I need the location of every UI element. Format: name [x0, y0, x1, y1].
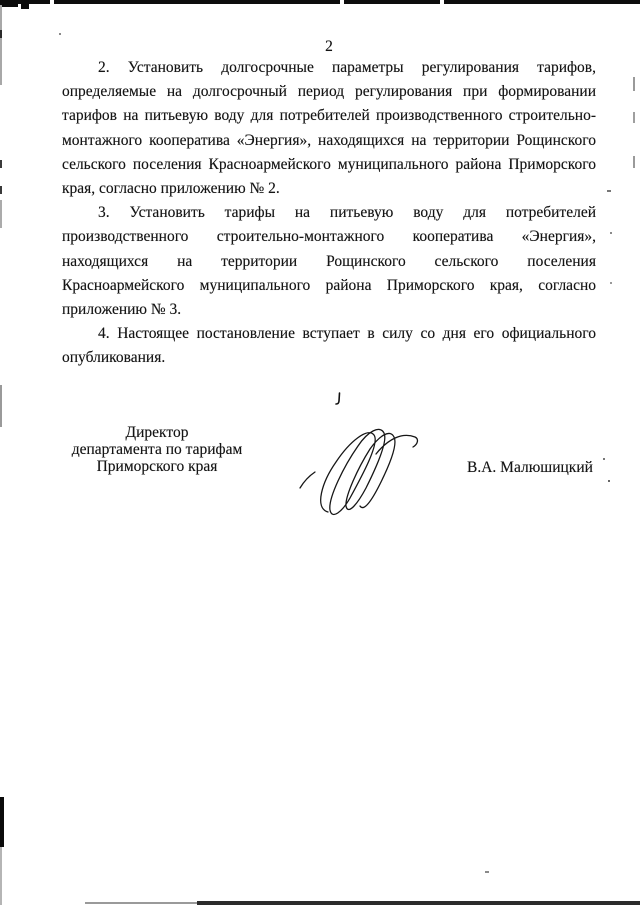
signatory-title: Директор департамента по тарифам Приморс…	[62, 424, 252, 475]
scan-speck	[59, 33, 61, 35]
document-line: приложению № 3.	[62, 298, 596, 322]
scan-artifact	[340, 0, 344, 4]
document-line: 4. Настоящее постановление вступает в си…	[62, 322, 596, 346]
scan-artifact	[50, 0, 54, 4]
scan-artifact-bottom-edge	[197, 901, 640, 905]
document-line: сельского поселения Красноармейского мун…	[62, 153, 596, 177]
document-line: края, согласно приложению № 2.	[62, 177, 596, 201]
document-line: 3. Установить тарифы на питьевую воду дл…	[62, 201, 596, 225]
document-line: определяемые на долгосрочный период регу…	[62, 80, 596, 104]
scan-artifact	[0, 30, 2, 38]
scan-artifact-right-edge	[633, 112, 635, 123]
scan-artifact	[0, 186, 2, 194]
ink-mark	[334, 392, 342, 405]
document-body: 2. Установить долгосрочные параметры рег…	[62, 56, 596, 371]
scan-artifact-left-edge	[0, 797, 4, 847]
scan-speck	[607, 190, 611, 192]
document-page: 2 2. Установить долгосрочные параметры р…	[0, 0, 640, 905]
scan-speck	[485, 871, 489, 873]
scan-artifact-left-edge	[0, 385, 2, 427]
scan-artifact-top-bar	[0, 0, 640, 4]
signature-scrawl-icon	[288, 422, 428, 524]
scan-artifact-right-edge	[633, 156, 635, 168]
scan-artifact	[440, 0, 444, 4]
document-line: находящихся на территории Рощинского сел…	[62, 250, 596, 274]
signatory-title-line: департамента по тарифам	[62, 441, 252, 458]
scan-speck	[603, 458, 605, 460]
document-line: производственного строительно-монтажного…	[62, 225, 596, 249]
scan-artifact-left-edge	[0, 847, 2, 905]
document-line: Красноармейского муниципального района П…	[62, 274, 596, 298]
signatory-name: В.А. Малюшицкий	[467, 459, 593, 477]
document-line: монтажного кооператива «Энергия», находя…	[62, 129, 596, 153]
scan-artifact-bottom-edge	[85, 902, 197, 904]
document-line: 2. Установить долгосрочные параметры рег…	[62, 56, 596, 80]
document-line: опубликования.	[62, 346, 596, 370]
scan-artifact	[21, 0, 29, 9]
scan-speck	[610, 232, 612, 234]
document-line: тарифов на питьевую воду для потребителе…	[62, 104, 596, 128]
scan-artifact	[0, 0, 18, 7]
scan-artifact-left-edge	[0, 200, 2, 228]
scan-artifact	[0, 160, 2, 168]
scan-artifact-right-edge	[633, 77, 635, 91]
signatory-title-line: Директор	[62, 424, 252, 441]
scan-artifact-left-edge	[0, 5, 2, 85]
scan-speck	[610, 282, 612, 284]
scan-speck	[608, 480, 610, 482]
signatory-title-line: Приморского края	[62, 458, 252, 475]
